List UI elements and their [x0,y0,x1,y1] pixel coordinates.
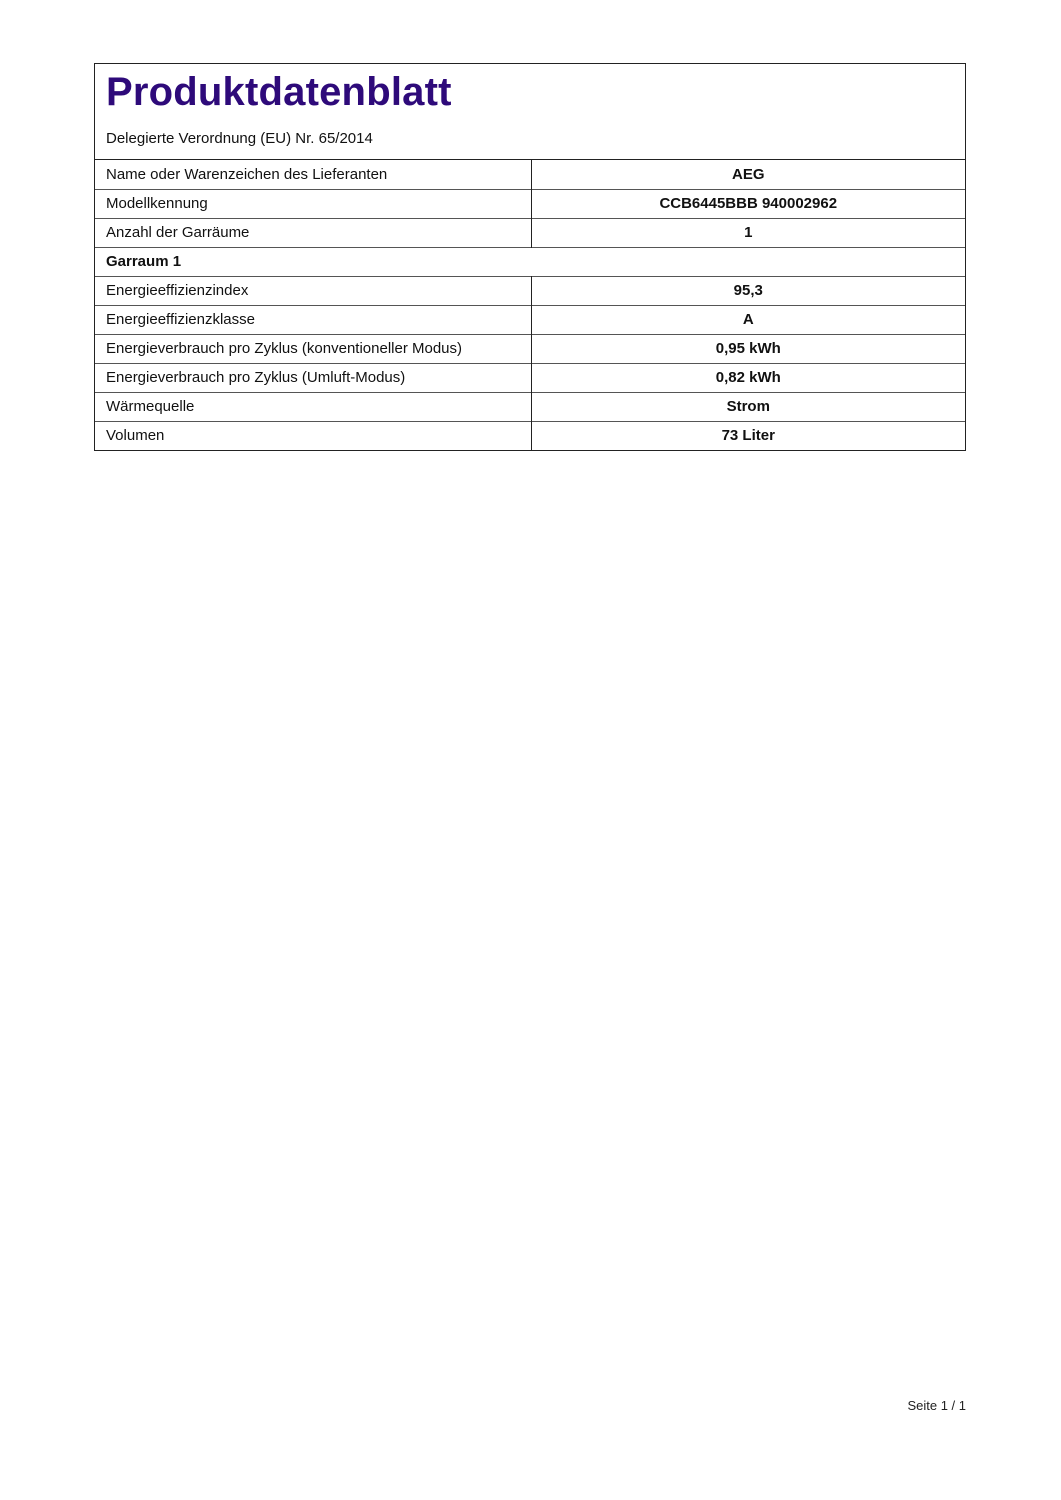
page-title: Produktdatenblatt [106,64,954,112]
row-value: 0,82 kWh [531,363,965,392]
sheet-header: Produktdatenblatt Delegierte Verordnung … [95,64,965,160]
table-row: Modellkennung CCB6445BBB 940002962 [95,189,965,218]
row-value: 73 Liter [531,421,965,450]
row-value: 95,3 [531,276,965,305]
page-number: Seite 1 / 1 [907,1398,966,1413]
table-row: Anzahl der Garräume 1 [95,218,965,247]
section-heading: Garraum 1 [95,247,965,276]
regulation-reference: Delegierte Verordnung (EU) Nr. 65/2014 [106,130,954,147]
section-heading-row: Garraum 1 [95,247,965,276]
row-value: A [531,305,965,334]
row-label: Modellkennung [95,189,531,218]
table-row: Energieverbrauch pro Zyklus (konventione… [95,334,965,363]
row-value: 0,95 kWh [531,334,965,363]
row-label: Volumen [95,421,531,450]
table-row: Energieverbrauch pro Zyklus (Umluft-Modu… [95,363,965,392]
row-label: Energieeffizienzindex [95,276,531,305]
table-row: Volumen 73 Liter [95,421,965,450]
product-data-sheet: Produktdatenblatt Delegierte Verordnung … [94,63,966,451]
row-value: Strom [531,392,965,421]
row-label: Name oder Warenzeichen des Lieferanten [95,160,531,189]
table-row: Energieeffizienzindex 95,3 [95,276,965,305]
product-data-table: Name oder Warenzeichen des Lieferanten A… [95,160,965,450]
row-value: CCB6445BBB 940002962 [531,189,965,218]
row-value: AEG [531,160,965,189]
row-label: Energieeffizienzklasse [95,305,531,334]
row-label: Wärmequelle [95,392,531,421]
row-label: Anzahl der Garräume [95,218,531,247]
row-label: Energieverbrauch pro Zyklus (konventione… [95,334,531,363]
row-label: Energieverbrauch pro Zyklus (Umluft-Modu… [95,363,531,392]
row-value: 1 [531,218,965,247]
table-row: Name oder Warenzeichen des Lieferanten A… [95,160,965,189]
table-row: Energieeffizienzklasse A [95,305,965,334]
table-row: Wärmequelle Strom [95,392,965,421]
